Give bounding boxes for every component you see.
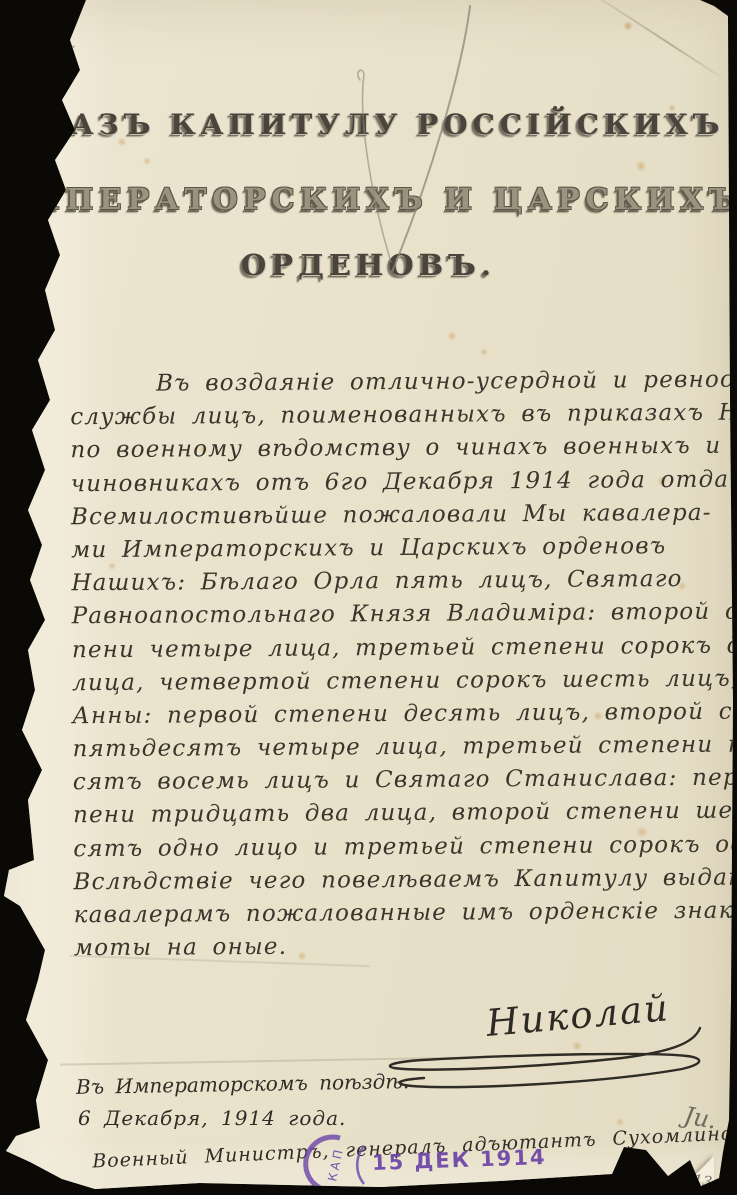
body-line: чиновникахъ отъ 6го Декабря 1914 года от… — [71, 463, 721, 501]
body-line: Вслѣдствіе чего повелѣваемъ Капитулу выд… — [73, 862, 723, 900]
footer-place-line: Въ Императорскомъ поѣздѣ. — [76, 1069, 410, 1099]
body-line: лица, четвертой степени сорокъ шесть лиц… — [72, 662, 722, 700]
body-line: пятьдесятъ четыре лица, третьей степени … — [72, 729, 722, 767]
body-line: ми Императорскихъ и Царскихъ орденовъ — [71, 530, 721, 568]
body-line: по военному вѣдомству о чинахъ военныхъ … — [70, 430, 720, 468]
pencil-checkmark — [330, 0, 510, 290]
body-line: Равноапостольнаго Князя Владиміра: второ… — [72, 596, 722, 634]
body-line: Нашихъ: Бѣлаго Орла пять лицъ, Святаго — [71, 563, 721, 601]
body-line: сятъ восемь лицъ и Святаго Станислава: п… — [73, 762, 723, 800]
document-paper: УКАЗЪ КАПИТУЛУ РОССІЙСКИХЪ ИМПЕРАТОРСКИХ… — [0, 0, 737, 1195]
pencil-note-top-left: лект. — [25, 33, 79, 72]
body-line: моты на оные. — [74, 928, 724, 966]
body-line: службы лицъ, поименованныхъ въ приказахъ… — [70, 397, 720, 435]
stamp-arc-text: КАП — [325, 1146, 346, 1183]
photo-backdrop: { "document": { "title": { "line1": "УКА… — [0, 0, 737, 1195]
body-line: пени четыре лица, третьей степени сорокъ… — [72, 629, 722, 667]
paper-crease-top-right — [597, 0, 737, 93]
stamp-circle-fragment: КАП — [296, 1132, 376, 1194]
body-line: Всемилостивѣйше пожаловали Мы кавалера- — [71, 496, 721, 534]
signature-flourish — [382, 1022, 712, 1092]
decree-body: Въ воздаяніе отлично-усердной и ревностн… — [70, 364, 724, 966]
footer-date-line: 6 Декабря, 1914 года. — [78, 1106, 346, 1130]
stamp-date: 15 ДЕК 1914 — [372, 1145, 547, 1175]
body-line: пени тридцать два лица, второй степени ш… — [73, 795, 723, 833]
pencil-paraph-bottom-right: Ju. — [682, 1101, 719, 1134]
body-line: Въ воздаяніе отлично-усердной и ревностн… — [70, 364, 720, 402]
body-line: Анны: первой степени десять лицъ, второй… — [72, 696, 722, 734]
pencil-number-bottom-right: 13 — [692, 1171, 713, 1191]
body-line: кавалерамъ пожалованные имъ орденскіе зн… — [74, 895, 724, 933]
body-line: сятъ одно лицо и третьей степени сорокъ … — [73, 828, 723, 866]
